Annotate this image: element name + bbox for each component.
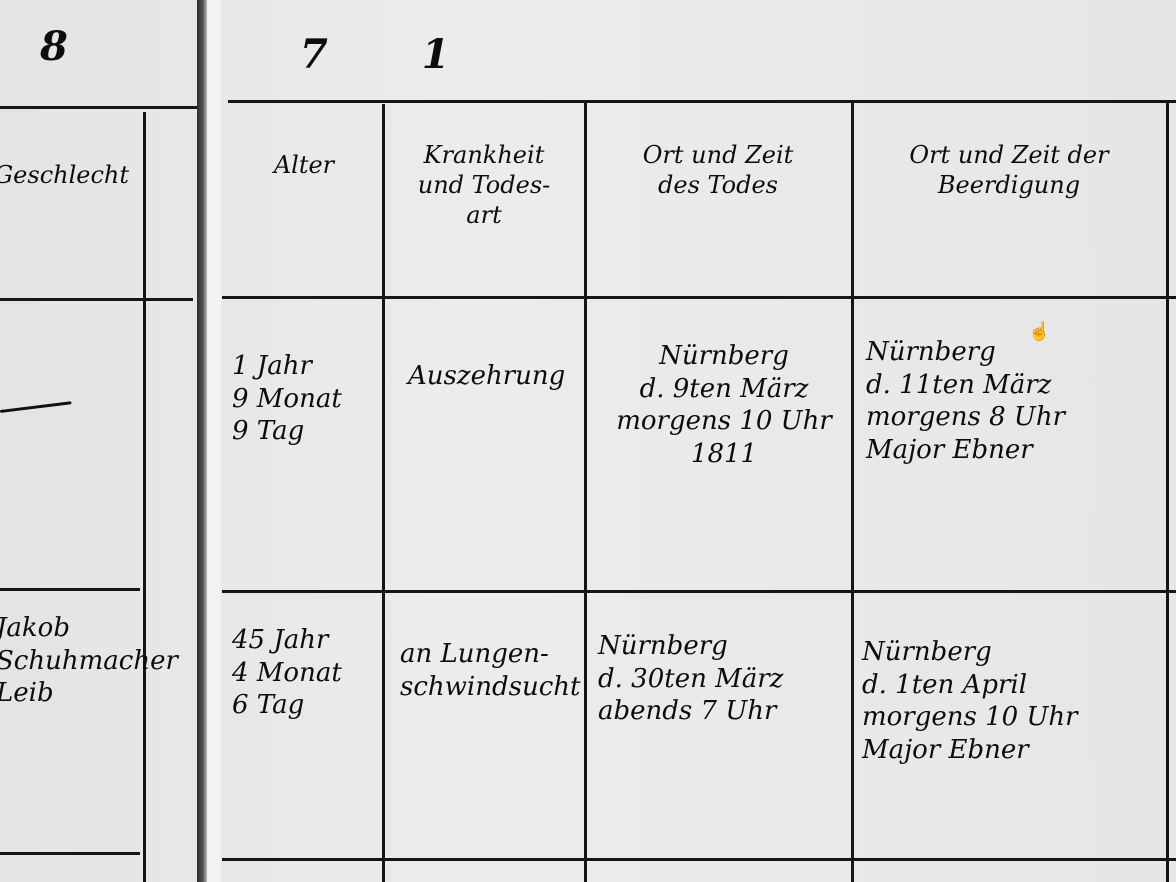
- row2-ort-zeit-beerdigung: Nürnberg d. 1ten April morgens 10 Uhr Ma…: [862, 636, 1162, 766]
- left-page-number: 8: [40, 22, 68, 72]
- col-divider-tod: [851, 100, 854, 882]
- right-page-number: 7 1: [300, 30, 490, 80]
- binding-gutter-shadow: [197, 0, 207, 882]
- row2-ort-zeit-tod: Nürnberg d. 30ten März abends 7 Uhr: [598, 630, 846, 728]
- row2-krankheit: an Lungen- schwindsucht: [400, 638, 582, 703]
- left-row3-rule: [0, 852, 140, 855]
- binding-gutter: [207, 0, 221, 882]
- header-ort-zeit-beerdigung: Ort und Zeit der Beerdigung: [855, 140, 1163, 200]
- row1-krankheit: Auszehrung: [408, 360, 584, 393]
- row1-ort-zeit-beerdigung: Nürnberg d. 11ten März morgens 8 Uhr Maj…: [866, 336, 1162, 466]
- left-row2-fragment: Jakob Schuhmacher Leib: [0, 612, 136, 710]
- left-column-divider: [143, 112, 146, 882]
- left-column-header-fragment: Geschlecht: [0, 160, 134, 190]
- row1-ort-zeit-tod: Nürnberg d. 9ten März morgens 10 Uhr 181…: [600, 340, 848, 470]
- col-divider-krankheit: [584, 102, 587, 882]
- header-alter: Alter: [228, 150, 380, 180]
- hand-pointer-icon: ☝: [1028, 322, 1044, 342]
- row2-alter: 45 Jahr 4 Monat 6 Tag: [232, 624, 380, 722]
- col-divider-beerdigung: [1166, 100, 1169, 882]
- left-header-top-rule: [0, 106, 197, 109]
- right-header-top-rule: [228, 100, 1176, 103]
- right-row3-rule: [222, 858, 1176, 861]
- left-row1-dash: [0, 401, 72, 413]
- header-ort-zeit-tod: Ort und Zeit des Todes: [588, 140, 848, 200]
- header-krankheit: Krankheit und Todes- art: [386, 140, 582, 230]
- right-row1-rule: [222, 296, 1176, 299]
- right-row2-rule: [222, 590, 1176, 593]
- scanned-register-page: 8 7 1 Geschlecht Jakob Schuhmacher Leib …: [0, 0, 1176, 882]
- left-row1-rule: [0, 298, 193, 301]
- left-row2-rule: [0, 588, 140, 591]
- row1-alter: 1 Jahr 9 Monat 9 Tag: [232, 350, 380, 448]
- col-divider-alter: [382, 104, 385, 882]
